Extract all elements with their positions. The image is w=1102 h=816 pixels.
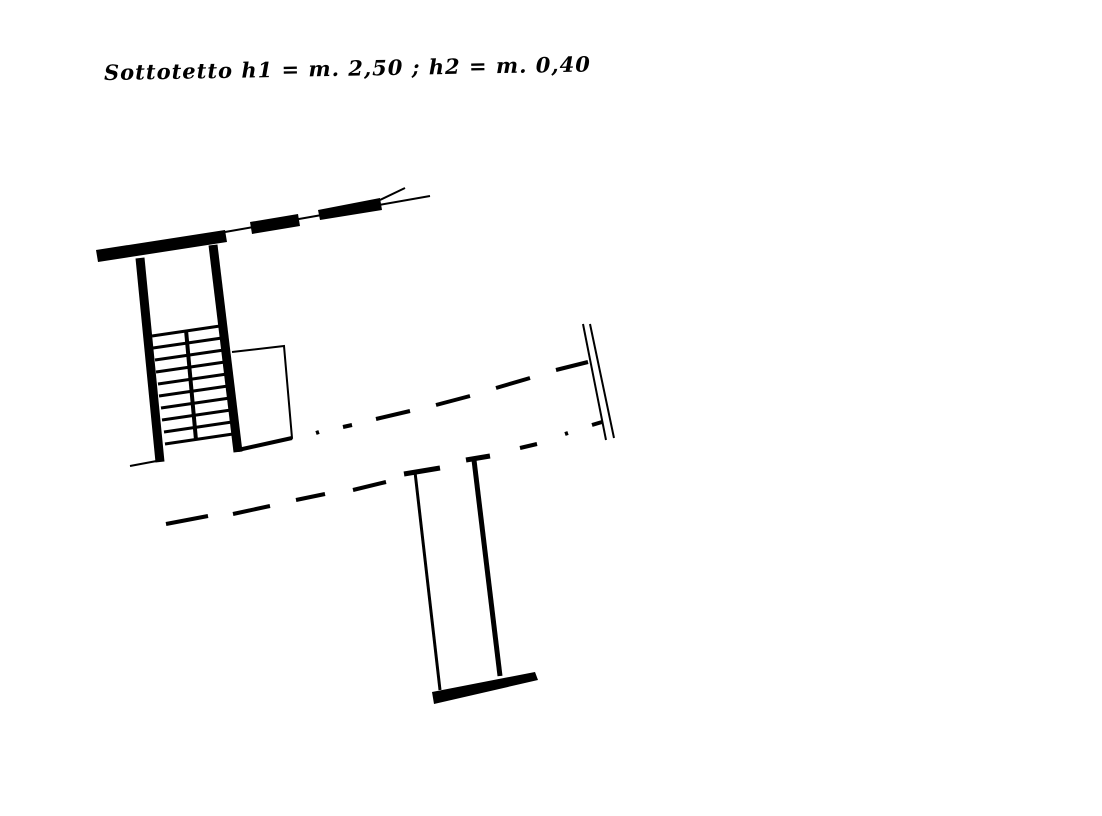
landing-room: [232, 346, 292, 450]
top-wall: [96, 188, 430, 262]
eave-dashed-line-lower: [166, 422, 602, 524]
lower-wing-walls: [404, 456, 538, 704]
ridge-dashed-line-upper: [316, 362, 588, 433]
floor-plan: [0, 0, 1102, 816]
